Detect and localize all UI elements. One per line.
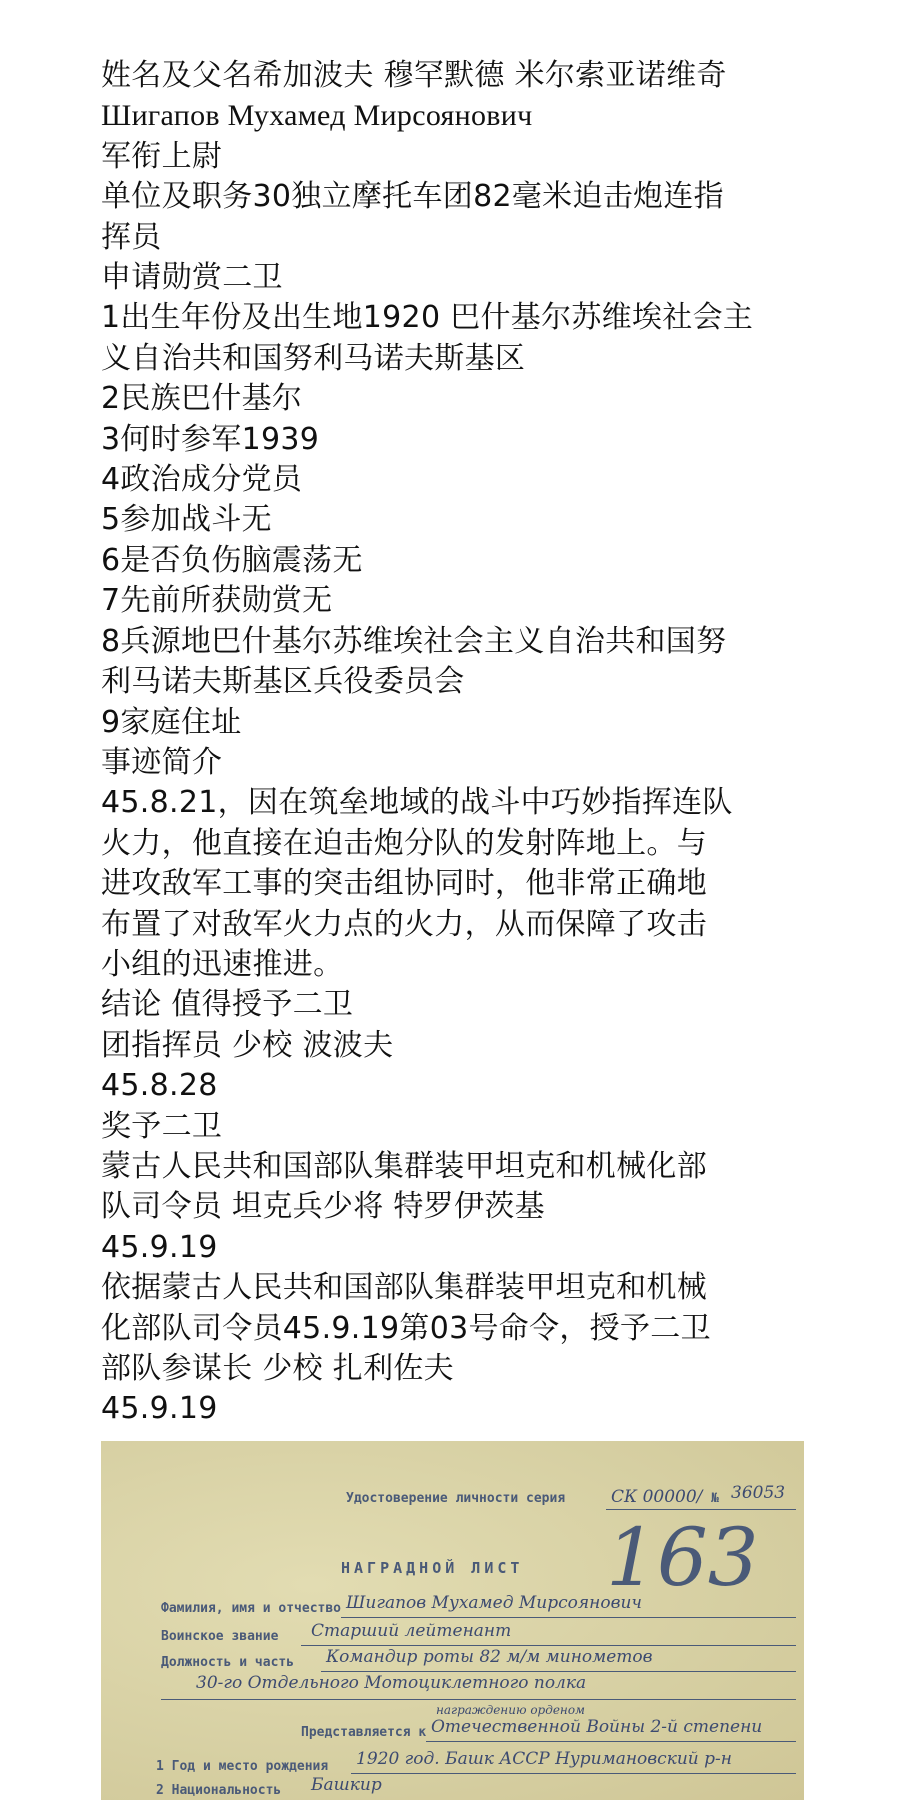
- date-line-3: 45.9.19: [101, 1389, 811, 1429]
- field-value-award: Отечественной Войны 2-й степени: [431, 1717, 762, 1737]
- sheet-title: НАГРАДНОЙ ЛИСТ: [341, 1559, 523, 1577]
- name-line: 姓名及父名希加波夫 穆罕默德 米尔索亚诺维奇: [101, 56, 811, 96]
- id-number: 36053: [731, 1483, 785, 1503]
- enlisted-line: 3何时参军1939: [101, 420, 811, 460]
- id-no-label: №: [711, 1491, 719, 1506]
- rank-line: 军衔上尉: [101, 137, 811, 177]
- field-value-award-above: награждению орденом: [436, 1703, 585, 1717]
- field-label-rank: Воинское звание: [161, 1629, 278, 1644]
- regiment-commander-line: 团指挥员 少校 波波夫: [101, 1026, 811, 1066]
- underline: [301, 1645, 796, 1646]
- commander-line-cont: 队司令员 坦克兵少将 特罗伊茨基: [101, 1187, 811, 1227]
- deeds-text-5: 小组的迅速推进。: [101, 945, 811, 985]
- field-label-award: Представляется к: [301, 1725, 426, 1740]
- wounds-line: 6是否负伤脑震荡无: [101, 541, 811, 581]
- id-series: СК 00000/: [611, 1487, 702, 1507]
- party-line: 4政治成分党员: [101, 460, 811, 500]
- underline: [341, 1617, 796, 1618]
- deeds-heading: 事迹简介: [101, 743, 811, 783]
- field-value-birth: 1920 год. Башк АССР Нуримановский р-н: [356, 1749, 732, 1769]
- birth-line-cont: 义自治共和国努利马诺夫斯基区: [101, 339, 811, 379]
- underline: [161, 1699, 796, 1700]
- birth-line: 1出生年份及出生地1920 巴什基尔苏维埃社会主: [101, 298, 811, 338]
- deeds-text-4: 布置了对敌军火力点的火力，从而保障了攻击: [101, 905, 811, 945]
- deeds-text-1: 45.8.21，因在筑垒地域的战斗中巧妙指挥连队: [101, 783, 811, 823]
- original-award-sheet-scan: Удостоверение личности серия СК 00000/ №…: [101, 1441, 804, 1800]
- draft-office-line-cont: 利马诺夫斯基区兵役委员会: [101, 662, 811, 702]
- unit-line-cont: 挥员: [101, 218, 811, 258]
- date-line-2: 45.9.19: [101, 1228, 811, 1268]
- field-value-position: Командир роты 82 м/м минометов: [326, 1647, 653, 1667]
- order-line-cont: 化部队司令员45.9.19第03号命令，授予二卫: [101, 1309, 811, 1349]
- unit-line: 单位及职务30独立摩托车团82毫米迫击炮连指: [101, 177, 811, 217]
- underline: [321, 1671, 796, 1672]
- id-line-label: Удостоверение личности серия: [346, 1491, 565, 1506]
- prior-awards-line: 7先前所获勋赏无: [101, 581, 811, 621]
- field-label-nationality: 2 Национальность: [156, 1783, 281, 1798]
- field-label-name: Фамилия, имя и отчество: [161, 1601, 341, 1616]
- underline: [426, 1741, 796, 1742]
- underline: [351, 1773, 796, 1774]
- home-address-line: 9家庭住址: [101, 703, 811, 743]
- battles-line: 5参加战斗无: [101, 500, 811, 540]
- conclusion-line: 结论 值得授予二卫: [101, 985, 811, 1025]
- commander-line: 蒙古人民共和国部队集群装甲坦克和机械化部: [101, 1147, 811, 1187]
- draft-office-line: 8兵源地巴什基尔苏维埃社会主义自治共和国努: [101, 622, 811, 662]
- handwritten-mark: 163: [606, 1511, 759, 1604]
- deeds-text-3: 进攻敌军工事的突击组协同时，他非常正确地: [101, 864, 811, 904]
- nationality-line: 2民族巴什基尔: [101, 379, 811, 419]
- award-sheet-translation: 姓名及父名希加波夫 穆罕默德 米尔索亚诺维奇 Шигапов Мухамед М…: [101, 56, 811, 1430]
- russian-name-line: Шигапов Мухамед Мирсоянович: [101, 96, 811, 136]
- field-value-name: Шигапов Мухамед Мирсоянович: [346, 1593, 642, 1613]
- field-value-nationality: Башкир: [311, 1775, 382, 1795]
- award-requested-line: 申请勋赏二卫: [101, 258, 811, 298]
- field-label-position: Должность и часть: [161, 1655, 294, 1670]
- order-line: 依据蒙古人民共和国部队集群装甲坦克和机械: [101, 1268, 811, 1308]
- field-label-birth: 1 Год и место рождения: [156, 1759, 328, 1774]
- chief-of-staff-line: 部队参谋长 少校 扎利佐夫: [101, 1349, 811, 1389]
- date-line-1: 45.8.28: [101, 1066, 811, 1106]
- underline: [606, 1509, 796, 1510]
- awarded-line: 奖予二卫: [101, 1107, 811, 1147]
- deeds-text-2: 火力，他直接在迫击炮分队的发射阵地上。与: [101, 824, 811, 864]
- field-value-position-cont: 30-го Отдельного Мотоциклетного полка: [196, 1673, 586, 1693]
- field-value-rank: Старший лейтенант: [311, 1621, 511, 1641]
